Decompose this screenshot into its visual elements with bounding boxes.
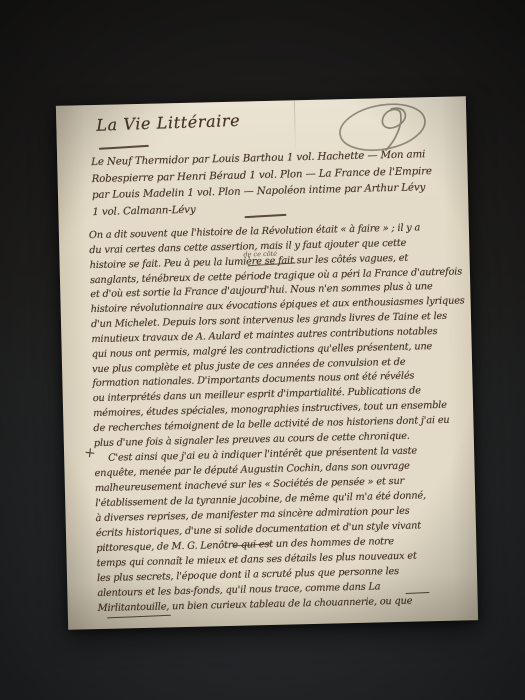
manuscript-page: La Vie Littéraire Le Neuf Thermidor par … (56, 96, 478, 630)
book-list-block: Le Neuf Thermidor par Louis Barthou 1 vo… (91, 147, 433, 221)
paragraph-1: On a dit souvent que l'histoire de la Ré… (89, 220, 468, 451)
interlinear-correction: de ce côté (243, 250, 277, 259)
page-title: La Vie Littéraire (96, 111, 240, 135)
title-underline-stroke (99, 145, 149, 150)
paragraph-2: C'est ainsi que j'ai eu à indiquer l'int… (94, 443, 429, 616)
photograph-frame: La Vie Littéraire Le Neuf Thermidor par … (0, 0, 525, 700)
